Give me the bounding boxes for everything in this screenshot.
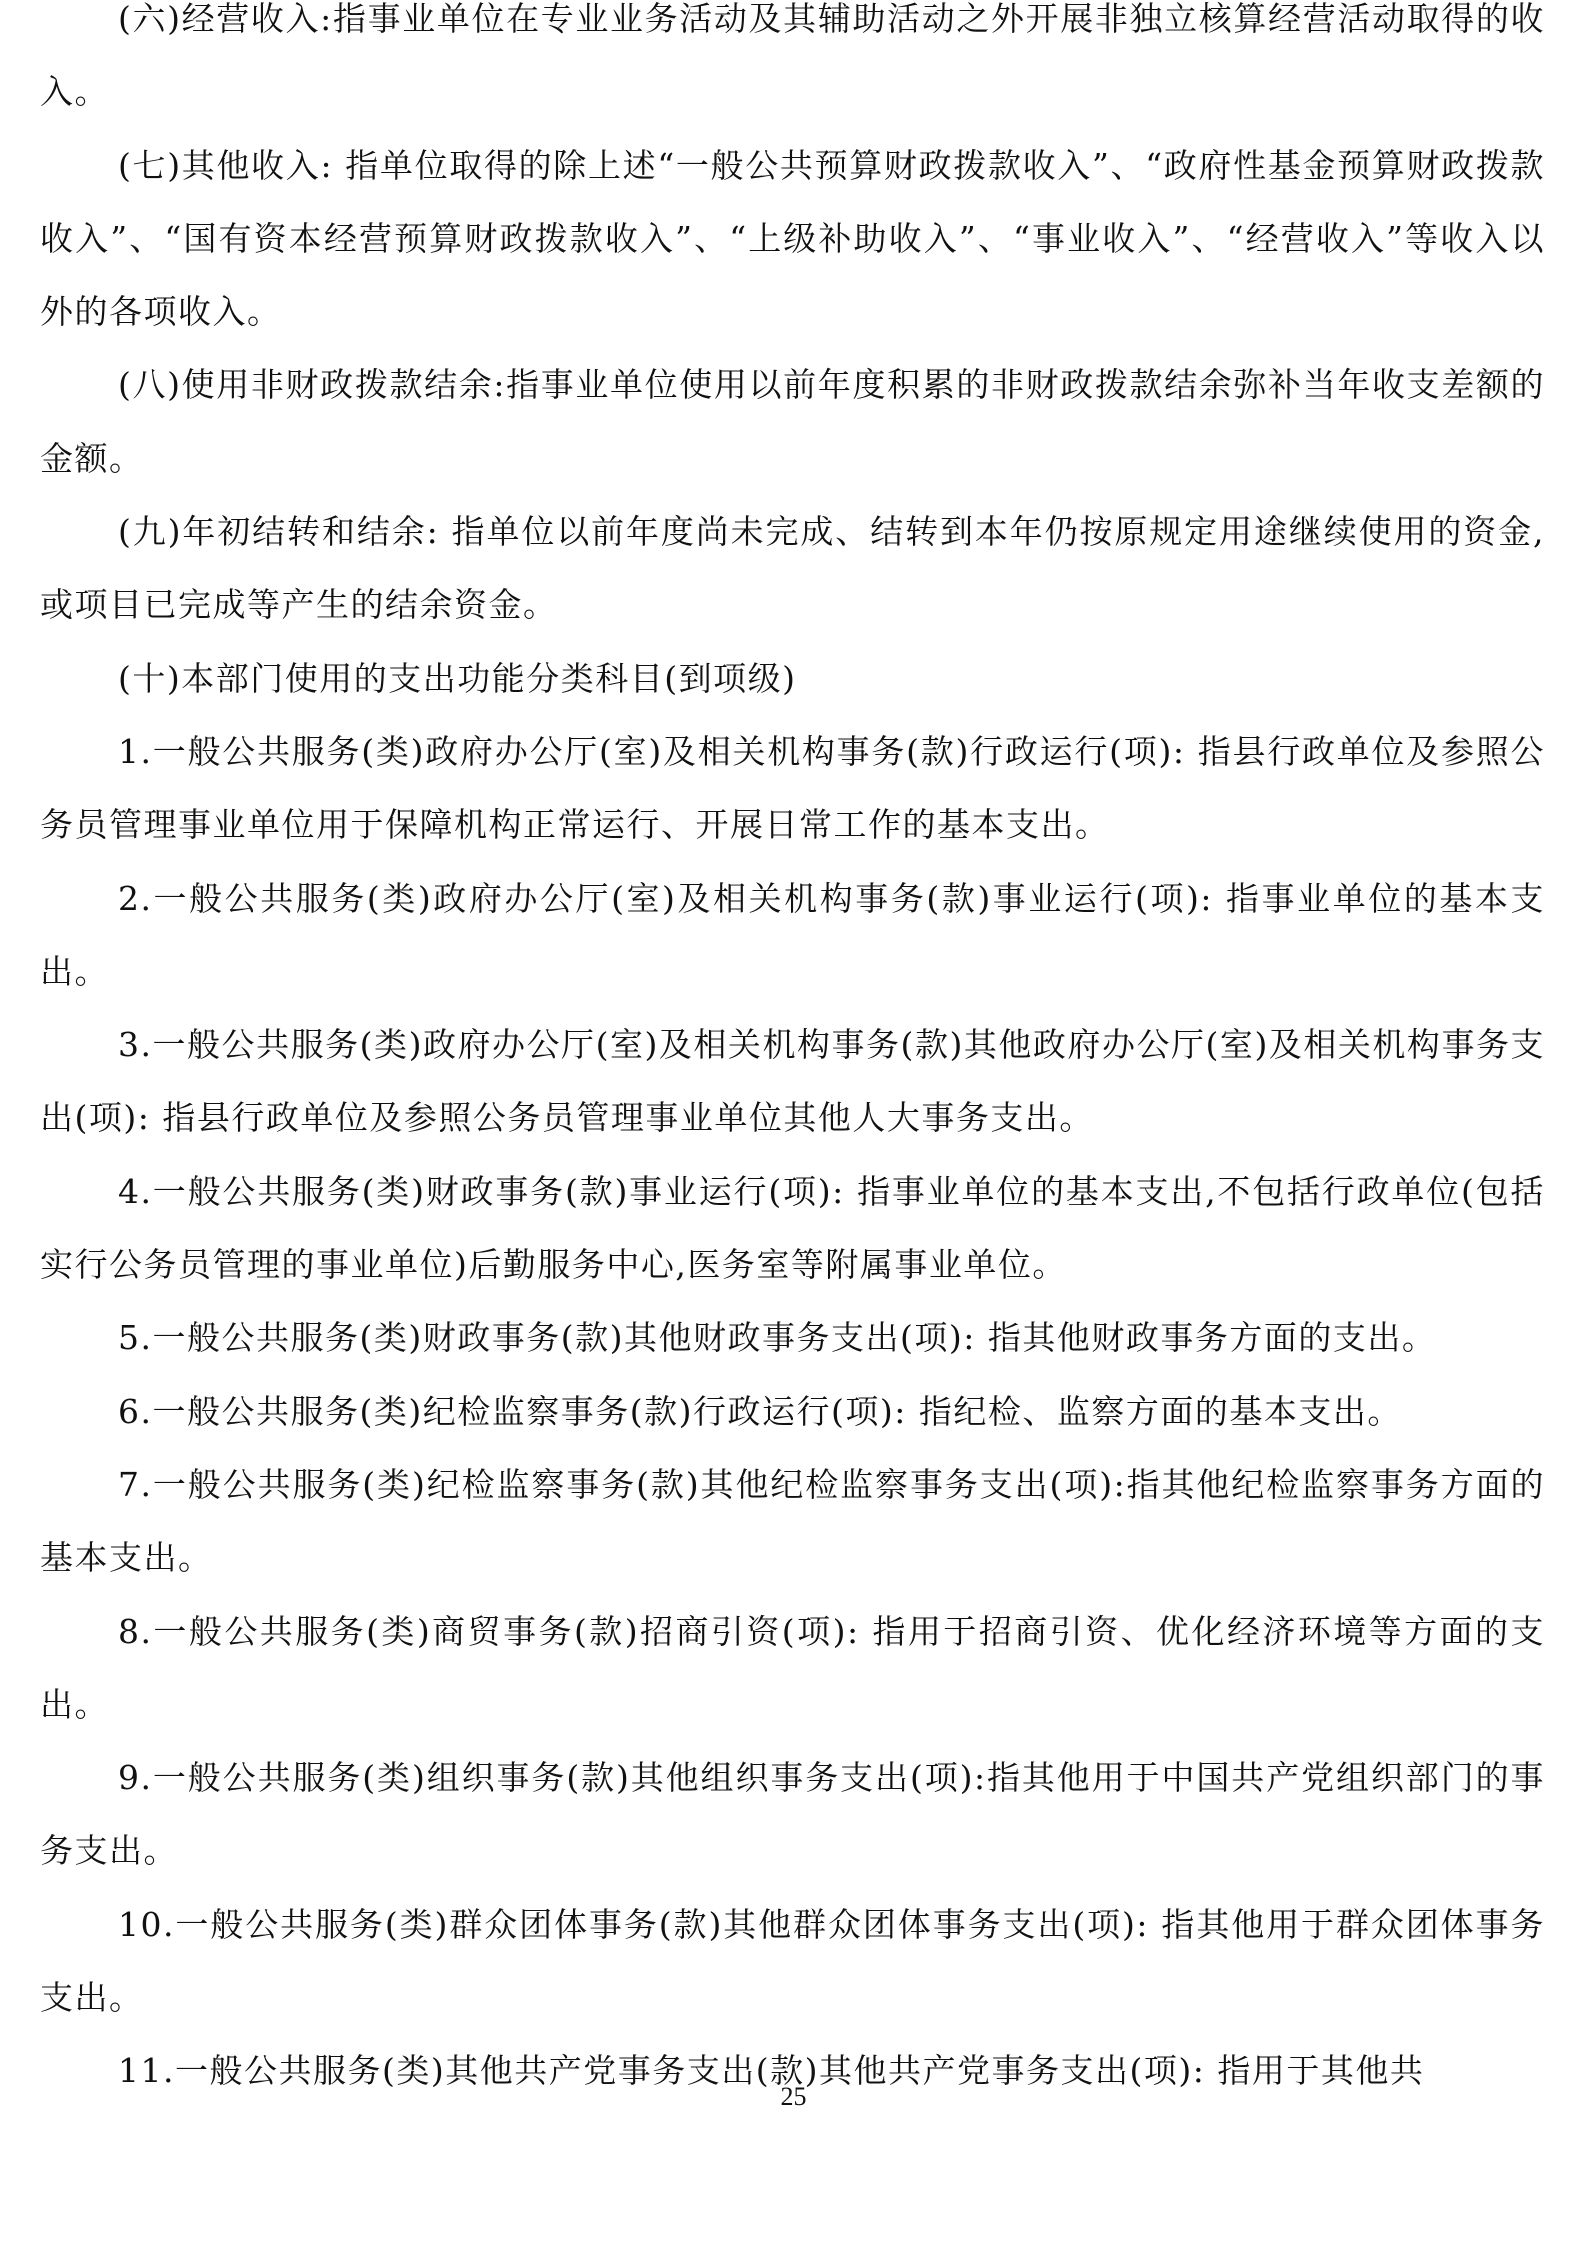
list-item: 9.一般公共服务(类)组织事务(款)其他组织事务支出(项):指其他用于中国共产党… (40, 1741, 1545, 1888)
paragraph-carryover-balance: (九)年初结转和结余: 指单位以前年度尚未完成、结转到本年仍按原规定用途继续使用… (40, 495, 1545, 642)
list-item: 2.一般公共服务(类)政府办公厅(室)及相关机构事务(款)事业运行(项): 指事… (40, 862, 1545, 1009)
paragraph-operating-income: (六)经营收入:指事业单位在专业业务活动及其辅助活动之外开展非独立核算经营活动取… (40, 0, 1545, 129)
list-item: 10.一般公共服务(类)群众团体事务(款)其他群众团体事务支出(项): 指其他用… (40, 1888, 1545, 2035)
section-heading-expenditure-classification: (十)本部门使用的支出功能分类科目(到项级) (40, 642, 1545, 715)
paragraph-non-fiscal-balance: (八)使用非财政拨款结余:指事业单位使用以前年度积累的非财政拨款结余弥补当年收支… (40, 348, 1545, 495)
paragraph-other-income: (七)其他收入: 指单位取得的除上述“一般公共预算财政拨款收入”、“政府性基金预… (40, 129, 1545, 349)
list-item: 7.一般公共服务(类)纪检监察事务(款)其他纪检监察事务支出(项):指其他纪检监… (40, 1448, 1545, 1595)
list-item: 8.一般公共服务(类)商贸事务(款)招商引资(项): 指用于招商引资、优化经济环… (40, 1595, 1545, 1742)
list-item: 4.一般公共服务(类)财政事务(款)事业运行(项): 指事业单位的基本支出,不包… (40, 1155, 1545, 1302)
page-number: 25 (0, 2082, 1587, 2112)
list-item: 6.一般公共服务(类)纪检监察事务(款)行政运行(项): 指纪检、监察方面的基本… (40, 1375, 1545, 1448)
list-item: 3.一般公共服务(类)政府办公厅(室)及相关机构事务(款)其他政府办公厅(室)及… (40, 1008, 1545, 1155)
list-item: 5.一般公共服务(类)财政事务(款)其他财政事务支出(项): 指其他财政事务方面… (40, 1301, 1545, 1374)
document-body: (六)经营收入:指事业单位在专业业务活动及其辅助活动之外开展非独立核算经营活动取… (40, 0, 1545, 2108)
list-item: 1.一般公共服务(类)政府办公厅(室)及相关机构事务(款)行政运行(项): 指县… (40, 715, 1545, 862)
